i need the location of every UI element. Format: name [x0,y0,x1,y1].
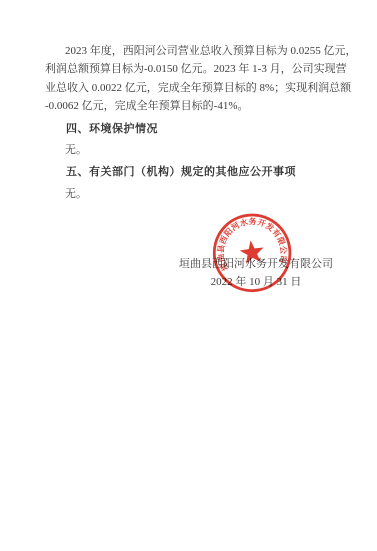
section4-heading: 四、环境保护情况 [45,120,339,138]
signature-date: 2022 年 10 月 31 日 [150,275,362,289]
paragraph-line: -0.0062 亿元，完成全年预算目标的-41%。 [45,97,339,115]
document-page: 2023 年度，西阳河公司营业总收入预算目标为 0.0255 亿元， 利润总额预… [0,0,377,551]
section5-heading: 五、有关部门（机构）规定的其他应公开事项 [45,163,339,181]
section5-body: 无。 [45,185,339,203]
section4-body: 无。 [45,141,339,159]
budget-performance-paragraph: 2023 年度，西阳河公司营业总收入预算目标为 0.0255 亿元， 利润总额预… [45,42,339,116]
signature-company-name: 垣曲县西阳河水务开发有限公司 [150,257,362,271]
paragraph-line: 业总收入 0.0022 亿元，完成全年预算目标的 8%；实现利润总额 [45,79,339,97]
paragraph-line: 2023 年度，西阳河公司营业总收入预算目标为 0.0255 亿元， [45,42,339,60]
document-content: 2023 年度，西阳河公司营业总收入预算目标为 0.0255 亿元， 利润总额预… [45,42,339,203]
paragraph-line: 利润总额预算目标为-0.0150 亿元。2023 年 1-3 月，公司实现营 [45,60,339,78]
